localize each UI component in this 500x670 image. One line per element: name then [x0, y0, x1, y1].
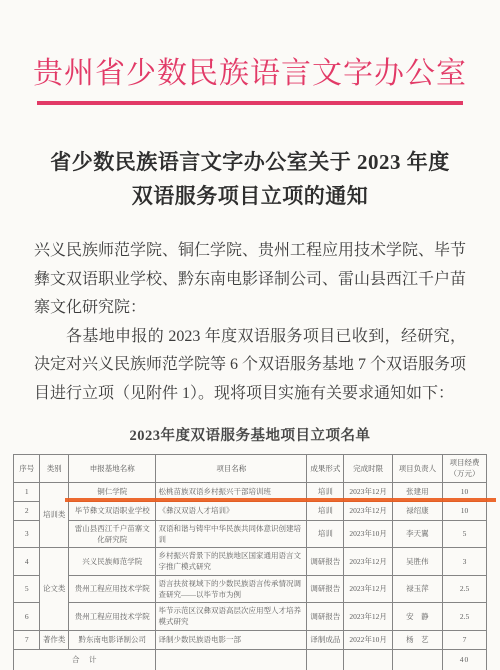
table-cell: 2	[14, 501, 40, 520]
table-cell: 雷山县西江千户苗寨文化研究院	[68, 520, 155, 548]
table-cell: 安 静	[392, 603, 442, 631]
table-cell: 张建用	[392, 482, 442, 501]
scanned-document-page: 贵州省少数民族语言文字办公室 省少数民族语言文字办公室关于 2023 年度 双语…	[0, 0, 500, 670]
table-row: 3雷山县西江千户苗寨文化研究院双语和谐与铸牢中华民族共同体意识创建培训培训202…	[14, 520, 487, 548]
table-cell: 乡村振兴背景下的民族地区国家通用语言文字推广模式研究	[156, 548, 307, 576]
table-cell: 黔东南电影译制公司	[68, 630, 155, 649]
table-cell: 吴胜伟	[392, 548, 442, 576]
table-cell: 禄玉萍	[392, 575, 442, 603]
table-cell: 铜仁学院	[68, 482, 155, 501]
table-cell	[307, 649, 344, 670]
table-cell: 杨 艺	[392, 630, 442, 649]
table-cell: 40	[443, 649, 487, 670]
table-cell: 论文类	[40, 548, 69, 631]
document-title-line1: 省少数民族语言文字办公室关于 2023 年度	[0, 145, 500, 179]
table-cell: 调研报告	[307, 548, 344, 576]
table-row: 1培训类铜仁学院松桃苗族双语乡村振兴干部培训班培训2023年12月张建用10	[14, 482, 487, 501]
table-cell: 2023年12月	[344, 482, 392, 501]
table-cell: 1	[14, 482, 40, 501]
table-cell: 调研报告	[307, 603, 344, 631]
total-row: 合 计40	[14, 649, 487, 670]
letterhead-rule	[37, 101, 463, 105]
table-cell: 调研报告	[307, 575, 344, 603]
table-cell: 2.5	[443, 575, 487, 603]
table-cell: 双语和谐与铸牢中华民族共同体意识创建培训	[156, 520, 307, 548]
table-cell: 培训	[307, 501, 344, 520]
table-cell: 2023年12月	[344, 603, 392, 631]
table-cell: 著作类	[40, 630, 69, 649]
table-cell: 《彝汉双语人才培训》	[156, 501, 307, 520]
table-cell: 译制成品	[307, 630, 344, 649]
table-cell: 毕节示范区汉彝双语高层次应用型人才培养模式研究	[156, 603, 307, 631]
table-cell: 7	[14, 630, 40, 649]
table-cell	[344, 649, 392, 670]
table-cell: 2022年10月	[344, 630, 392, 649]
table-cell: 培训类	[40, 482, 69, 548]
table-row: 6贵州工程应用技术学院毕节示范区汉彝双语高层次应用型人才培养模式研究调研报告20…	[14, 603, 487, 631]
table-row: 5贵州工程应用技术学院语言扶贫视域下的少数民族语言传承情况调查研究——以毕节市为…	[14, 575, 487, 603]
column-header: 完成时限	[344, 455, 392, 483]
column-header: 序号	[14, 455, 40, 483]
table-cell: 2023年12月	[344, 575, 392, 603]
table-cell: 5	[14, 575, 40, 603]
table-cell: 培训	[307, 482, 344, 501]
table-cell: 3	[14, 520, 40, 548]
table-cell	[392, 649, 442, 670]
table-cell: 贵州工程应用技术学院	[68, 603, 155, 631]
table-cell: 5	[443, 520, 487, 548]
table-cell: 2023年10月	[344, 520, 392, 548]
table-cell: 禄绍康	[392, 501, 442, 520]
table-cell: 合 计	[14, 649, 156, 670]
letterhead-title: 贵州省少数民族语言文字办公室	[0, 48, 500, 92]
table-cell: 6	[14, 603, 40, 631]
table-title: 2023年度双语服务基地项目立项名单	[0, 424, 500, 445]
table-cell: 译制少数民族语电影一部	[156, 630, 307, 649]
document-title-line2: 双语服务项目立项的通知	[0, 179, 500, 213]
table-cell: 语言扶贫视域下的少数民族语言传承情况调查研究——以毕节市为例	[156, 575, 307, 603]
table-cell: 培训	[307, 520, 344, 548]
column-header: 成果形式	[307, 455, 344, 483]
table-cell: 2023年12月	[344, 548, 392, 576]
table-cell: 10	[443, 482, 487, 501]
table-cell: 2023年12月	[344, 501, 392, 520]
column-header: 类别	[40, 455, 69, 483]
table-cell: 松桃苗族双语乡村振兴干部培训班	[156, 482, 307, 501]
table-cell	[156, 649, 307, 670]
document-body: 兴义民族师范学院、铜仁学院、贵州工程应用技术学院、毕节彝文双语职业学校、黔东南电…	[34, 237, 466, 408]
table-cell: 兴义民族师范学院	[68, 548, 155, 576]
table-head: 序号类别申报基地名称项目名称成果形式完成时限项目负责人项目经费（万元）	[14, 455, 487, 483]
table-cell: 贵州工程应用技术学院	[68, 575, 155, 603]
table-cell: 4	[14, 548, 40, 576]
notice-paragraph: 各基地申报的 2023 年度双语服务项目已收到，经研究，决定对兴义民族师范学院等…	[34, 323, 466, 409]
column-header: 项目经费（万元）	[443, 455, 487, 483]
table-cell: 2.5	[443, 603, 487, 631]
document-title: 省少数民族语言文字办公室关于 2023 年度 双语服务项目立项的通知	[0, 145, 500, 213]
recipients-paragraph: 兴义民族师范学院、铜仁学院、贵州工程应用技术学院、毕节彝文双语职业学校、黔东南电…	[34, 237, 466, 323]
table-row: 7著作类黔东南电影译制公司译制少数民族语电影一部译制成品2022年10月杨 艺7	[14, 630, 487, 649]
table-cell: 7	[443, 630, 487, 649]
table-cell: 毕节彝文双语职业学校	[68, 501, 155, 520]
project-table: 序号类别申报基地名称项目名称成果形式完成时限项目负责人项目经费（万元） 1培训类…	[13, 454, 487, 670]
table-row: 4论文类兴义民族师范学院乡村振兴背景下的民族地区国家通用语言文字推广模式研究调研…	[14, 548, 487, 576]
table-body: 1培训类铜仁学院松桃苗族双语乡村振兴干部培训班培训2023年12月张建用102毕…	[14, 482, 487, 670]
column-header: 项目负责人	[392, 455, 442, 483]
column-header: 申报基地名称	[68, 455, 155, 483]
table-cell: 李天翼	[392, 520, 442, 548]
project-table-wrap: 序号类别申报基地名称项目名称成果形式完成时限项目负责人项目经费（万元） 1培训类…	[13, 454, 487, 670]
column-header: 项目名称	[156, 455, 307, 483]
table-row: 2毕节彝文双语职业学校《彝汉双语人才培训》培训2023年12月禄绍康10	[14, 501, 487, 520]
table-cell: 10	[443, 501, 487, 520]
table-cell: 3	[443, 548, 487, 576]
